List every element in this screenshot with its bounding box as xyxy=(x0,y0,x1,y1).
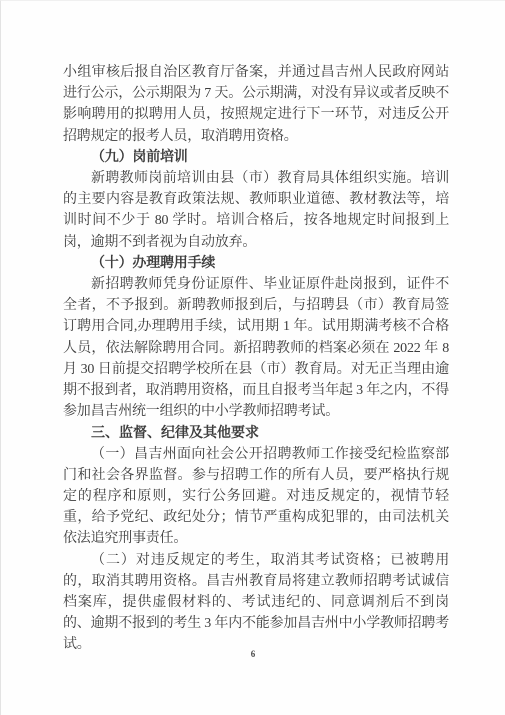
document-body: 小组审核后报自治区教育厅备案，并通过昌吉州人民政府网站进行公示，公示期限为 7 … xyxy=(63,62,449,656)
paragraph: （一）昌吉州面向社会公开招聘教师工作接受纪检监察部门和社会各界监督。参与招聘工作… xyxy=(63,444,449,550)
paragraph: 新聘教师岗前培训由县（市）教育局具体组织实施。培训的主要内容是教育政策法规、教师… xyxy=(63,168,449,253)
page-number: 6 xyxy=(1,649,505,659)
document-page: 小组审核后报自治区教育厅备案，并通过昌吉州人民政府网站进行公示，公示期限为 7 … xyxy=(0,0,505,715)
section-heading: （十）办理聘用手续 xyxy=(63,253,449,274)
section-heading: 三、监督、纪律及其他要求 xyxy=(63,422,449,443)
paragraph: 小组审核后报自治区教育厅备案，并通过昌吉州人民政府网站进行公示，公示期限为 7 … xyxy=(63,62,449,147)
section-heading: （九）岗前培训 xyxy=(63,147,449,168)
paragraph: （二）对违反规定的考生，取消其考试资格；已被聘用的，取消其聘用资格。昌吉州教育局… xyxy=(63,550,449,656)
paragraph: 新招聘教师凭身份证原件、毕业证原件赴岗报到，证件不全者，不予报到。新聘教师报到后… xyxy=(63,274,449,422)
